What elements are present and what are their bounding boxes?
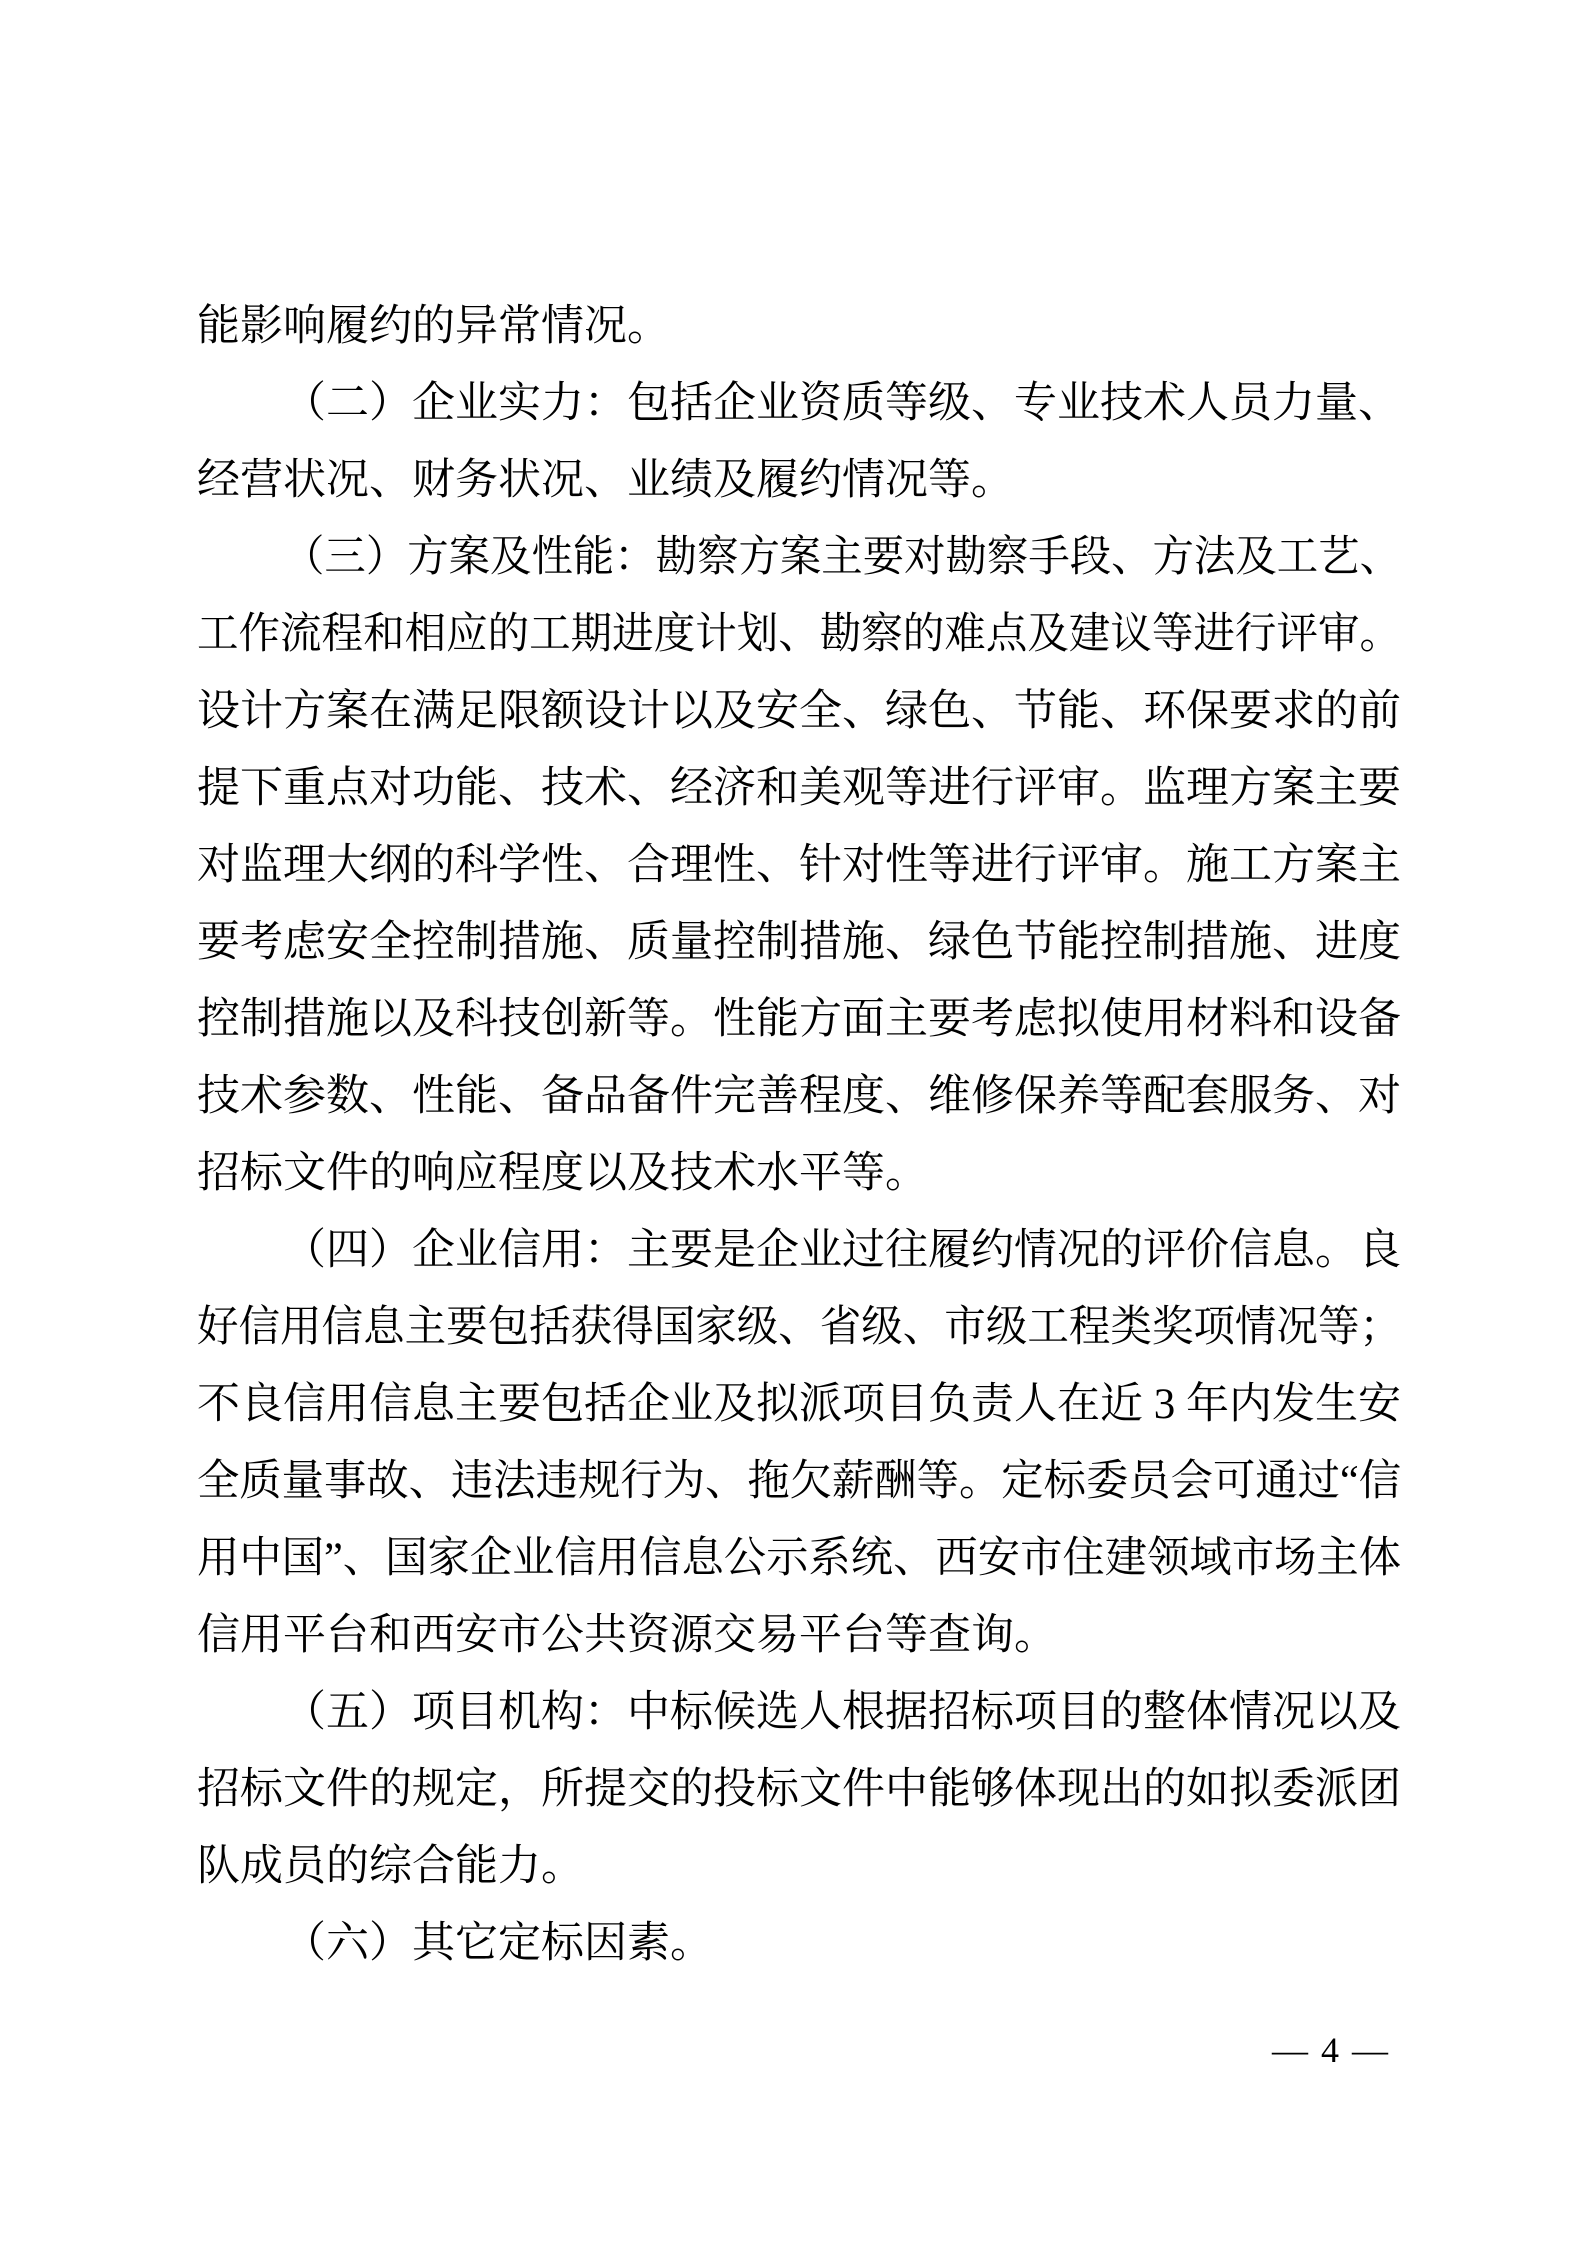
text-line-content: 工作流程和相应的工期进度计划、勘察的难点及建议等进行评审。 xyxy=(197,596,1401,673)
text-line-content: 招标文件的规定，所提交的投标文件中能够体现出的如拟委派团 xyxy=(197,1751,1401,1828)
text-line: 技术参数、性能、备品备件完善程度、维修保养等配套服务、对 xyxy=(197,1058,1401,1135)
text-line-content: 用中国”、国家企业信用信息公示系统、西安市住建领域市场主体 xyxy=(197,1520,1401,1597)
text-line-content: （五）项目机构：中标候选人根据招标项目的整体情况以及 xyxy=(283,1674,1401,1751)
text-line: 要考虑安全控制措施、质量控制措施、绿色节能控制措施、进度 xyxy=(197,904,1401,981)
text-line-content: （二）企业实力：包括企业资质等级、专业技术人员力量、 xyxy=(283,365,1401,442)
text-line-content: 提下重点对功能、技术、经济和美观等进行评审。监理方案主要 xyxy=(197,750,1401,827)
text-line-content: 对监理大纲的科学性、合理性、针对性等进行评审。施工方案主 xyxy=(197,827,1401,904)
text-line-content: 要考虑安全控制措施、质量控制措施、绿色节能控制措施、进度 xyxy=(197,904,1401,981)
text-line: （二）企业实力：包括企业资质等级、专业技术人员力量、 xyxy=(197,365,1401,442)
text-line-content: 队成员的综合能力。 xyxy=(197,1828,584,1905)
text-line: 全质量事故、违法违规行为、拖欠薪酬等。定标委员会可通过“信 xyxy=(197,1443,1401,1520)
text-line-content: 经营状况、财务状况、业绩及履约情况等。 xyxy=(197,442,1014,519)
text-line-content: 全质量事故、违法违规行为、拖欠薪酬等。定标委员会可通过“信 xyxy=(197,1443,1401,1520)
text-line: 能影响履约的异常情况。 xyxy=(197,288,1401,365)
text-line-content: 技术参数、性能、备品备件完善程度、维修保养等配套服务、对 xyxy=(197,1058,1401,1135)
text-line: 对监理大纲的科学性、合理性、针对性等进行评审。施工方案主 xyxy=(197,827,1401,904)
text-line: 经营状况、财务状况、业绩及履约情况等。 xyxy=(197,442,1401,519)
text-line-content: 能影响履约的异常情况。 xyxy=(197,288,670,365)
text-line: （四）企业信用：主要是企业过往履约情况的评价信息。良 xyxy=(197,1212,1401,1289)
page-number: — 4 — xyxy=(1272,2030,1390,2070)
text-line: 用中国”、国家企业信用信息公示系统、西安市住建领域市场主体 xyxy=(197,1520,1401,1597)
document-page: 能影响履约的异常情况。（二）企业实力：包括企业资质等级、专业技术人员力量、经营状… xyxy=(0,0,1587,2245)
text-line-content: （四）企业信用：主要是企业过往履约情况的评价信息。良 xyxy=(283,1212,1401,1289)
text-line: 控制措施以及科技创新等。性能方面主要考虑拟使用材料和设备 xyxy=(197,981,1401,1058)
text-line-content: 招标文件的响应程度以及技术水平等。 xyxy=(197,1135,928,1212)
text-line: 工作流程和相应的工期进度计划、勘察的难点及建议等进行评审。 xyxy=(197,596,1401,673)
document-body: 能影响履约的异常情况。（二）企业实力：包括企业资质等级、专业技术人员力量、经营状… xyxy=(197,288,1401,1982)
text-line: 招标文件的规定，所提交的投标文件中能够体现出的如拟委派团 xyxy=(197,1751,1401,1828)
text-line: 不良信用信息主要包括企业及拟派项目负责人在近 3 年内发生安 xyxy=(197,1366,1401,1443)
text-line-content: 信用平台和西安市公共资源交易平台等查询。 xyxy=(197,1597,1057,1674)
text-line: （五）项目机构：中标候选人根据招标项目的整体情况以及 xyxy=(197,1674,1401,1751)
text-line-content: 不良信用信息主要包括企业及拟派项目负责人在近 3 年内发生安 xyxy=(197,1366,1401,1443)
text-line: 信用平台和西安市公共资源交易平台等查询。 xyxy=(197,1597,1401,1674)
text-line: 队成员的综合能力。 xyxy=(197,1828,1401,1905)
text-line: 招标文件的响应程度以及技术水平等。 xyxy=(197,1135,1401,1212)
text-line-content: 设计方案在满足限额设计以及安全、绿色、节能、环保要求的前 xyxy=(197,673,1401,750)
text-line-content: （六）其它定标因素。 xyxy=(283,1905,713,1982)
text-line: 好信用信息主要包括获得国家级、省级、市级工程类奖项情况等； xyxy=(197,1289,1401,1366)
text-line-content: （三）方案及性能：勘察方案主要对勘察手段、方法及工艺、 xyxy=(283,519,1401,596)
text-line-content: 好信用信息主要包括获得国家级、省级、市级工程类奖项情况等； xyxy=(197,1289,1401,1366)
text-line: （六）其它定标因素。 xyxy=(197,1905,1401,1982)
text-line: （三）方案及性能：勘察方案主要对勘察手段、方法及工艺、 xyxy=(197,519,1401,596)
text-line: 提下重点对功能、技术、经济和美观等进行评审。监理方案主要 xyxy=(197,750,1401,827)
text-line: 设计方案在满足限额设计以及安全、绿色、节能、环保要求的前 xyxy=(197,673,1401,750)
text-line-content: 控制措施以及科技创新等。性能方面主要考虑拟使用材料和设备 xyxy=(197,981,1401,1058)
